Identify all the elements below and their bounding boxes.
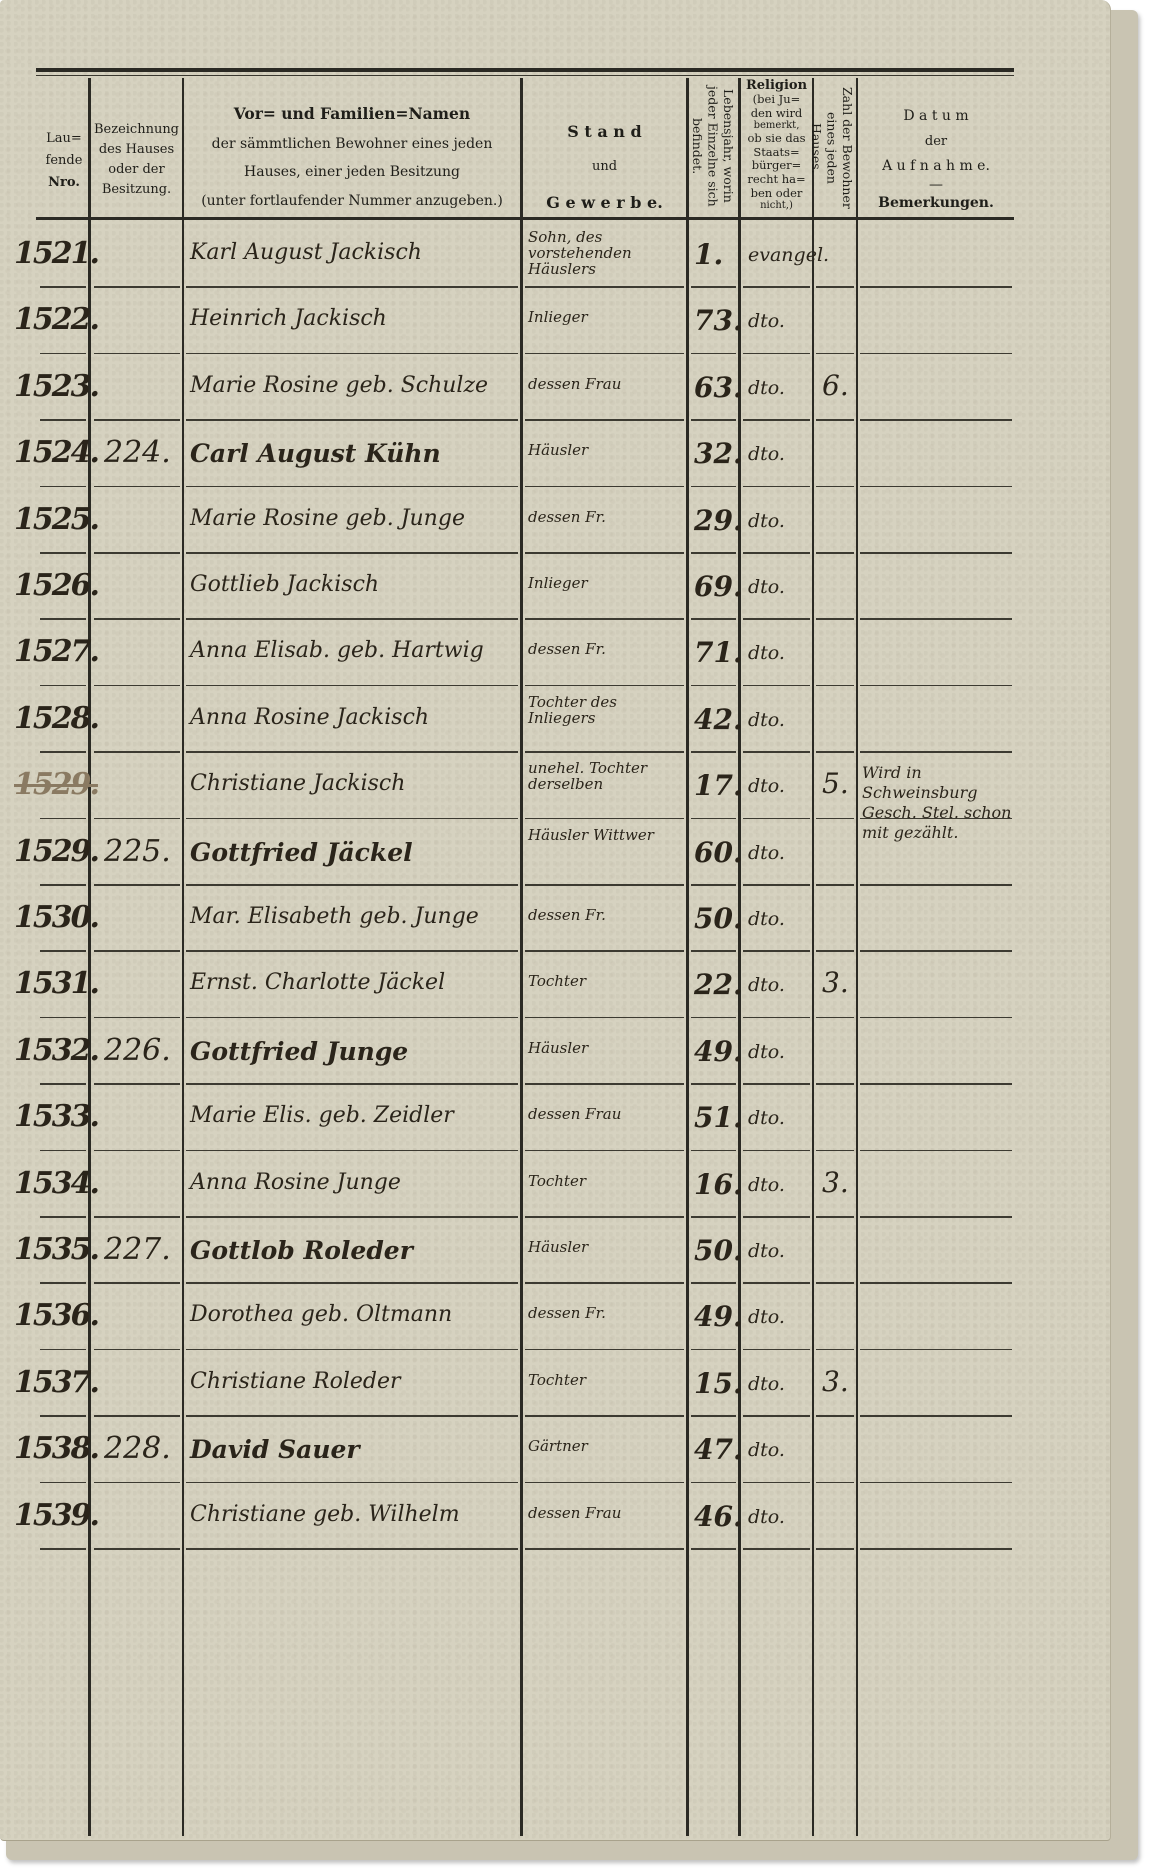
row-separator (743, 353, 810, 355)
header-title: Vor= und Familien=Namen (184, 98, 520, 130)
header-text: (bei Ju= (741, 93, 812, 107)
row-separator (186, 884, 518, 886)
religion: dto. (748, 974, 785, 996)
row-separator (186, 685, 518, 687)
row-separator (691, 751, 736, 753)
row-separator (691, 286, 736, 288)
header-text: Lau= (40, 128, 88, 150)
row-separator (860, 884, 1012, 886)
running-number: 1529. (14, 767, 98, 802)
row-separator (186, 1150, 518, 1152)
resident-name: Marie Rosine geb. Junge (190, 506, 465, 531)
row-separator (525, 486, 684, 488)
header-text: Bezeichnung (91, 120, 182, 140)
row-separator (94, 1349, 180, 1351)
row-separator (691, 1548, 736, 1550)
religion: dto. (748, 443, 785, 465)
row-separator (525, 1282, 684, 1284)
row-separator (94, 1216, 180, 1218)
age: 16. (694, 1168, 743, 1201)
religion: evangel. (748, 244, 829, 266)
row-separator (743, 1282, 810, 1284)
row-separator (525, 1349, 684, 1351)
row-separator (860, 618, 1012, 620)
age: 51. (694, 1101, 743, 1134)
age: 17. (694, 769, 743, 802)
row-separator (860, 1548, 1012, 1550)
row-separator (860, 1083, 1012, 1085)
header-names: Vor= und Familien=Namen der sämmtlichen … (184, 98, 520, 216)
resident-name: Gottlieb Jackisch (190, 572, 379, 597)
row-separator (94, 1415, 180, 1417)
occupation: dessen Frau (528, 377, 621, 393)
row-separator (860, 419, 1012, 421)
age: 50. (694, 1234, 743, 1267)
row-separator (743, 818, 810, 820)
row-separator (860, 353, 1012, 355)
row-separator (816, 1415, 854, 1417)
occupation: dessen Frau (528, 1107, 621, 1123)
religion: dto. (748, 377, 785, 399)
row-separator (816, 1083, 854, 1085)
header-text: ben oder (741, 187, 812, 201)
row-separator (186, 1083, 518, 1085)
religion: dto. (748, 775, 785, 797)
age: 71. (694, 636, 743, 669)
age: 42. (694, 703, 743, 736)
header-text: Religion (741, 78, 812, 93)
header-house-designation: Bezeichnung des Hauses oder der Besitzun… (91, 120, 182, 201)
header-text: bürger= (741, 159, 812, 173)
header-occupation: S t a n d und G e w e r b e. (523, 112, 686, 222)
row-separator (816, 884, 854, 886)
row-separator (860, 552, 1012, 554)
row-separator (860, 1415, 1012, 1417)
occupation: Inlieger (528, 576, 588, 592)
row-separator (743, 1349, 810, 1351)
age: 49. (694, 1300, 743, 1333)
row-separator (186, 1482, 518, 1484)
row-separator (186, 751, 518, 753)
row-separator (94, 486, 180, 488)
running-number: 1527. (14, 634, 98, 669)
row-separator (40, 950, 86, 952)
row-separator (40, 685, 86, 687)
header-text: A u f n a h m e. (858, 154, 1014, 180)
header-date-remarks: D a t u m der A u f n a h m e. — Bemerku… (858, 104, 1014, 217)
resident-name: Christiane Jackisch (190, 771, 405, 796)
row-separator (816, 1349, 854, 1351)
row-separator (816, 618, 854, 620)
col-divider-count (856, 78, 858, 1836)
row-separator (691, 818, 736, 820)
row-separator (525, 818, 684, 820)
row-separator (743, 1216, 810, 1218)
col-divider-occupation (686, 78, 689, 1836)
row-separator (186, 286, 518, 288)
row-separator (860, 1216, 1012, 1218)
row-separator (860, 950, 1012, 952)
age: 63. (694, 371, 743, 404)
row-separator (40, 1482, 86, 1484)
row-separator (40, 818, 86, 820)
resident-name: Mar. Elisabeth geb. Junge (190, 904, 479, 929)
row-separator (816, 1216, 854, 1218)
religion: dto. (748, 1439, 785, 1461)
row-separator (40, 1083, 86, 1085)
row-separator (40, 286, 86, 288)
resident-count: 3. (822, 966, 849, 999)
row-separator (860, 818, 1012, 820)
resident-name: Christiane geb. Wilhelm (190, 1502, 460, 1527)
occupation: Tochter (528, 1174, 586, 1190)
running-number: 1522. (14, 302, 98, 337)
row-separator (860, 1150, 1012, 1152)
religion: dto. (748, 1240, 785, 1262)
top-double-rule (36, 68, 1014, 72)
occupation: Sohn, des vorstehenden Häuslers (528, 230, 678, 277)
age: 29. (694, 504, 743, 537)
row-separator (186, 486, 518, 488)
header-text: fende (40, 150, 88, 172)
row-separator (525, 552, 684, 554)
row-separator (94, 286, 180, 288)
running-number: 1525. (14, 502, 98, 537)
row-separator (691, 1482, 736, 1484)
running-number: 1531. (14, 966, 98, 1001)
row-separator (691, 685, 736, 687)
header-text: Nro. (40, 172, 88, 194)
header-divider: — (858, 180, 1014, 191)
row-separator (691, 1349, 736, 1351)
resident-name: Heinrich Jackisch (190, 306, 387, 331)
row-separator (743, 419, 810, 421)
religion: dto. (748, 1373, 785, 1395)
col-divider-religion (812, 78, 814, 1836)
row-separator (743, 1548, 810, 1550)
resident-name: Christiane Roleder (190, 1369, 401, 1394)
row-separator (94, 1548, 180, 1550)
row-separator (94, 1083, 180, 1085)
row-separator (94, 353, 180, 355)
row-separator (743, 1415, 810, 1417)
row-separator (40, 1150, 86, 1152)
row-separator (860, 1349, 1012, 1351)
house-number: 228. (104, 1431, 171, 1466)
row-separator (40, 1349, 86, 1351)
header-bottom-rule (36, 217, 1014, 220)
religion: dto. (748, 1306, 785, 1328)
age: 46. (694, 1500, 743, 1533)
resident-name: Marie Elis. geb. Zeidler (190, 1103, 454, 1128)
col-divider-names (520, 78, 523, 1836)
row-separator (860, 1282, 1012, 1284)
running-number: 1526. (14, 568, 98, 603)
age: 69. (694, 570, 743, 603)
age: 73. (694, 304, 743, 337)
row-separator (743, 1482, 810, 1484)
row-separator (816, 950, 854, 952)
row-separator (743, 1150, 810, 1152)
running-number: 1535. (14, 1232, 98, 1267)
header-text: D a t u m (858, 104, 1014, 130)
header-text: oder der (91, 160, 182, 180)
header-text: ob sie das (741, 132, 812, 146)
religion: dto. (748, 1107, 785, 1129)
house-number: 224. (104, 435, 171, 470)
religion: dto. (748, 908, 785, 930)
row-separator (186, 419, 518, 421)
header-text: Bemerkungen. (858, 191, 1014, 217)
row-separator (94, 419, 180, 421)
row-separator (691, 1415, 736, 1417)
row-separator (691, 1083, 736, 1085)
row-separator (525, 1482, 684, 1484)
header-text: Staats= (741, 146, 812, 160)
running-number: 1537. (14, 1365, 98, 1400)
row-separator (186, 618, 518, 620)
row-separator (816, 685, 854, 687)
row-separator (40, 1216, 86, 1218)
religion: dto. (748, 642, 785, 664)
row-separator (186, 1216, 518, 1218)
row-separator (40, 618, 86, 620)
religion: dto. (748, 1506, 785, 1528)
resident-name: Anna Elisab. geb. Hartwig (190, 638, 484, 663)
row-separator (94, 950, 180, 952)
top-thin-rule (36, 75, 1014, 76)
row-separator (816, 1017, 854, 1019)
row-separator (525, 353, 684, 355)
row-separator (691, 1216, 736, 1218)
row-separator (40, 1282, 86, 1284)
row-separator (816, 486, 854, 488)
row-separator (743, 552, 810, 554)
row-separator (94, 751, 180, 753)
resident-count: 5. (822, 767, 849, 800)
row-separator (186, 1017, 518, 1019)
row-separator (40, 1017, 86, 1019)
row-separator (816, 552, 854, 554)
row-separator (40, 353, 86, 355)
row-separator (691, 552, 736, 554)
running-number: 1523. (14, 369, 98, 404)
row-separator (186, 552, 518, 554)
header-text: Hauses, einer jeden Besitzung (184, 158, 520, 187)
row-separator (94, 1150, 180, 1152)
occupation: Häusler Wittwer (528, 828, 678, 844)
row-separator (525, 419, 684, 421)
row-separator (691, 618, 736, 620)
occupation: dessen Fr. (528, 1306, 606, 1322)
header-text: Lebensjahr, worin jeder Einzelne sich be… (690, 86, 736, 207)
row-separator (816, 1282, 854, 1284)
row-separator (691, 884, 736, 886)
row-separator (94, 884, 180, 886)
religion: dto. (748, 709, 785, 731)
row-separator (816, 286, 854, 288)
row-separator (816, 419, 854, 421)
row-separator (691, 419, 736, 421)
remark: Wird in Schweinsburg Gesch. Stel. schon … (862, 763, 1012, 843)
row-separator (691, 1017, 736, 1019)
row-separator (743, 1083, 810, 1085)
resident-name: Gottfried Jäckel (190, 838, 413, 867)
row-separator (525, 1216, 684, 1218)
row-separator (691, 1282, 736, 1284)
header-religion: Religion (bei Ju= den wird bemerkt, ob s… (741, 78, 812, 212)
header-text: der sämmtlichen Bewohner eines jeden (184, 130, 520, 159)
row-separator (860, 685, 1012, 687)
row-separator (40, 884, 86, 886)
religion: dto. (748, 1174, 785, 1196)
running-number: 1539. (14, 1498, 98, 1533)
row-separator (860, 486, 1012, 488)
row-separator (743, 685, 810, 687)
header-text: des Hauses (91, 140, 182, 160)
header-text: (unter fortlaufender Nummer anzugeben.) (184, 187, 520, 216)
religion: dto. (748, 1041, 785, 1063)
age: 22. (694, 968, 743, 1001)
running-number: 1529. (14, 834, 98, 869)
row-separator (525, 1548, 684, 1550)
occupation: dessen Fr. (528, 642, 606, 658)
house-number: 226. (104, 1033, 171, 1068)
row-separator (743, 618, 810, 620)
row-separator (40, 419, 86, 421)
occupation: Tochter (528, 974, 586, 990)
running-number: 1528. (14, 701, 98, 736)
resident-name: Anna Rosine Jackisch (190, 705, 429, 730)
row-separator (525, 618, 684, 620)
census-page: Lau= fende Nro. Bezeichnung des Hauses o… (0, 0, 1111, 1841)
row-separator (40, 751, 86, 753)
row-separator (860, 1017, 1012, 1019)
running-number: 1521. (14, 236, 98, 271)
row-separator (743, 751, 810, 753)
row-separator (816, 1482, 854, 1484)
occupation: dessen Frau (528, 1506, 621, 1522)
resident-name: Gottlob Roleder (190, 1236, 413, 1265)
row-separator (525, 1150, 684, 1152)
occupation: Gärtner (528, 1439, 588, 1455)
header-age: Lebensjahr, worin jeder Einzelne sich be… (691, 80, 736, 212)
occupation: dessen Fr. (528, 510, 606, 526)
row-separator (743, 286, 810, 288)
row-separator (743, 1017, 810, 1019)
age: 32. (694, 437, 743, 470)
row-separator (525, 1017, 684, 1019)
row-separator (816, 1548, 854, 1550)
row-separator (186, 818, 518, 820)
occupation: Tochter (528, 1373, 586, 1389)
row-separator (816, 751, 854, 753)
col-divider-house (182, 78, 184, 1836)
resident-name: Carl August Kühn (190, 439, 441, 468)
header-text: S t a n d (523, 112, 686, 151)
row-separator (525, 751, 684, 753)
row-separator (860, 751, 1012, 753)
running-number: 1538. (14, 1431, 98, 1466)
header-running-number: Lau= fende Nro. (40, 128, 88, 194)
occupation: Tochter des Inliegers (528, 695, 678, 727)
header-text: recht ha= (741, 173, 812, 187)
resident-name: Anna Rosine Junge (190, 1170, 401, 1195)
occupation: Häusler (528, 1240, 588, 1256)
occupation: dessen Fr. (528, 908, 606, 924)
row-separator (525, 884, 684, 886)
row-separator (40, 1415, 86, 1417)
occupation: Häusler (528, 443, 588, 459)
header-text: nicht,) (741, 200, 812, 212)
row-separator (743, 884, 810, 886)
religion: dto. (748, 310, 785, 332)
row-separator (525, 1083, 684, 1085)
header-resident-count: Zahl der Bewohner eines jeden Hauses. (815, 86, 855, 210)
row-separator (40, 1548, 86, 1550)
row-separator (816, 353, 854, 355)
row-separator (186, 1282, 518, 1284)
running-number: 1524. (14, 435, 98, 470)
age: 60. (694, 836, 743, 869)
header-text: Besitzung. (91, 180, 182, 200)
resident-name: Karl August Jackisch (190, 240, 422, 265)
header-text: und (523, 151, 686, 183)
age: 1. (694, 238, 723, 271)
resident-count: 3. (822, 1166, 849, 1199)
house-number: 227. (104, 1232, 171, 1267)
religion: dto. (748, 510, 785, 532)
resident-name: David Sauer (190, 1435, 360, 1464)
row-separator (743, 950, 810, 952)
row-separator (186, 1349, 518, 1351)
row-separator (691, 353, 736, 355)
row-separator (860, 286, 1012, 288)
running-number: 1533. (14, 1099, 98, 1134)
running-number: 1534. (14, 1166, 98, 1201)
header-text: den wird (741, 107, 812, 121)
running-number: 1536. (14, 1298, 98, 1333)
religion: dto. (748, 576, 785, 598)
resident-count: 3. (822, 1365, 849, 1398)
resident-name: Marie Rosine geb. Schulze (190, 373, 488, 398)
col-divider-nr (88, 78, 91, 1836)
row-separator (525, 950, 684, 952)
house-number: 225. (104, 834, 171, 869)
row-separator (186, 1415, 518, 1417)
row-separator (94, 685, 180, 687)
row-separator (94, 818, 180, 820)
row-separator (186, 950, 518, 952)
row-separator (94, 552, 180, 554)
age: 49. (694, 1035, 743, 1068)
occupation: Häusler (528, 1041, 588, 1057)
resident-name: Dorothea geb. Oltmann (190, 1302, 452, 1327)
occupation: unehel. Tochter derselben (528, 761, 678, 793)
row-separator (816, 1150, 854, 1152)
row-separator (40, 552, 86, 554)
running-number: 1530. (14, 900, 98, 935)
age: 50. (694, 902, 743, 935)
age: 47. (694, 1433, 743, 1466)
row-separator (816, 818, 854, 820)
resident-count: 6. (822, 369, 849, 402)
row-separator (186, 1548, 518, 1550)
row-separator (40, 486, 86, 488)
row-separator (525, 1415, 684, 1417)
occupation: Inlieger (528, 310, 588, 326)
row-separator (186, 353, 518, 355)
